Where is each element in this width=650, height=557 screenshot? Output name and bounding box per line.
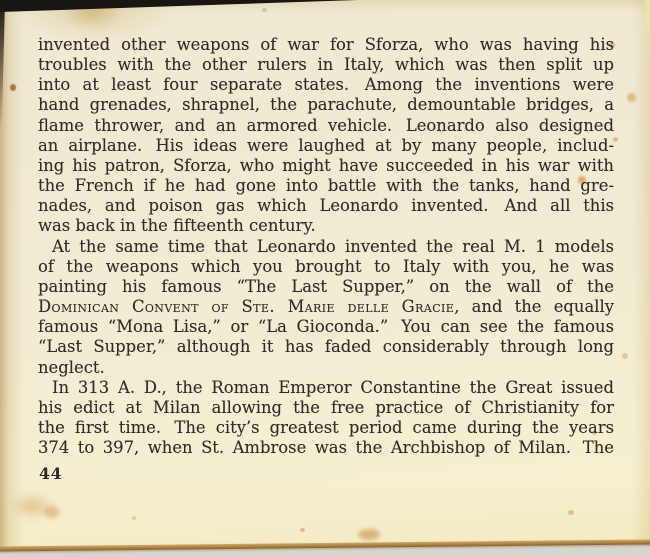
text-line: nades, and poison gas which Leonardo inv… (38, 196, 614, 216)
text-line: his edict at Milan allowing the free pra… (38, 398, 614, 418)
text-line: troubles with the other rulers in Italy,… (38, 55, 614, 75)
stain (44, 506, 60, 518)
text-line: Dominican Convent of Ste. Marie delle Gr… (38, 297, 614, 317)
text-line: “Last Supper,” although it has faded con… (38, 337, 614, 357)
page-text-block: invented other weapons of war for Sforza… (38, 35, 614, 458)
small-caps-text: Dominican Convent of Ste. Marie delle Gr… (38, 297, 454, 316)
text-line: ing his patron, Sforza, who might have s… (38, 156, 614, 176)
text-line: invented other weapons of war for Sforza… (38, 35, 614, 55)
book-page: invented other weapons of war for Sforza… (0, 0, 650, 557)
text-line: At the same time that Leonardo invented … (38, 237, 614, 257)
foxing-spot (627, 93, 636, 102)
text-line: 374 to 397, when St. Ambrose was the Arc… (38, 438, 614, 458)
foxing-spot (132, 516, 136, 520)
text-line: In 313 A. D., the Roman Emperor Constant… (38, 378, 614, 398)
foxing-spot (568, 510, 574, 515)
text-line: flame thrower, and an armored vehicle. L… (38, 116, 614, 136)
text-line: of the weapons which you brought to Ital… (38, 257, 614, 277)
text-line: into at least four separate states. Amon… (38, 75, 614, 95)
text-line: hand grenades, shrapnel, the parachute, … (38, 95, 614, 115)
text-line: neglect. (38, 358, 614, 378)
text-line: an airplane. His ideas were laughed at b… (38, 136, 614, 156)
foxing-spot (622, 353, 628, 359)
foxing-spot (300, 528, 305, 532)
stain (10, 492, 56, 520)
text-line: painting his famous “The Last Supper,” o… (38, 277, 614, 297)
text-segment: , and the equally (454, 297, 614, 316)
foxing-spot (10, 84, 16, 91)
foxing-spot (262, 8, 267, 12)
text-line: famous “Mona Lisa,” or “La Gioconda.” Yo… (38, 317, 614, 337)
adjacent-page-edge (645, 0, 650, 70)
text-line: was back in the fifteenth century. (38, 216, 614, 236)
text-line: the French if he had gone into battle wi… (38, 176, 614, 196)
stain (358, 529, 380, 540)
scanned-book-photo: invented other weapons of war for Sforza… (0, 0, 650, 557)
page-number: 44 (39, 464, 63, 483)
text-line: the first time. The city’s greatest peri… (38, 418, 614, 438)
